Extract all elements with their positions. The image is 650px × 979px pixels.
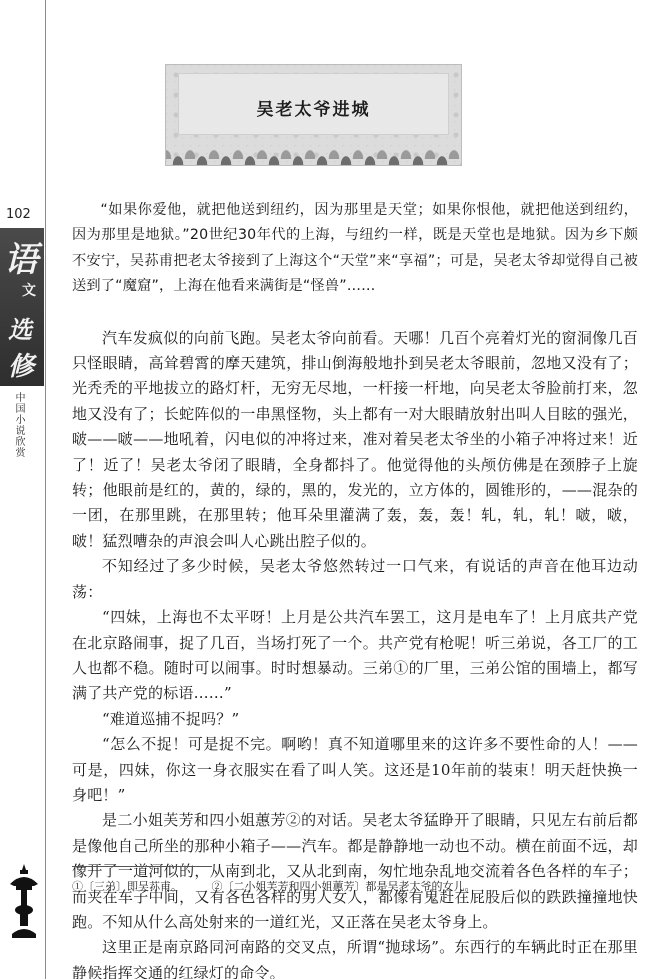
paragraph: “怎么不捉！可是捉不完。啊哟！真不知道哪里来的这许多不要性命的人！——可是，四妹… (72, 732, 638, 808)
side-tab-char: 文 (22, 280, 36, 300)
footnote: ①〔三弟〕即吴荪甫。 (72, 880, 182, 893)
footnotes: ①〔三弟〕即吴荪甫。 ②〔二小姐芙芳和四小姐蕙芳〕都是吴老太爷的女儿。 (72, 878, 502, 894)
side-tab-char: 修 (8, 346, 34, 383)
margin-rule (45, 0, 46, 979)
series-title: 中国小说欣赏 (12, 392, 26, 458)
body-text: “如果你爱他，就把他送到纽约，因为那里是天堂；如果你恨他，就把他送到纽约，因为那… (72, 198, 638, 979)
intro-paragraph: “如果你爱他，就把他送到纽约，因为那里是天堂；如果你恨他，就把他送到纽约，因为那… (72, 198, 638, 300)
footnote-divider (72, 866, 212, 867)
paragraph: 这里正是南京路同河南路的交叉点，所谓“抛球场”。东西行的车辆此时正在那里静候指挥… (72, 935, 638, 979)
side-tab-char: 语 (4, 232, 38, 281)
paragraph: 汽车发疯似的向前飞跑。吴老太爷向前看。天哪！几百个亮着灯光的窗洞像几百只怪眼睛，… (72, 326, 638, 555)
footnote: ②〔二小姐芙芳和四小姐蕙芳〕都是吴老太爷的女儿。 (212, 880, 476, 893)
lamp-icon (6, 862, 42, 942)
chapter-banner: 吴老太爷进城 (165, 64, 462, 166)
paragraph: “四妹，上海也不太平呀！上月是公共汽车罢工，这月是电车了！上月底共产党在北京路闹… (72, 605, 638, 707)
page-number: 102 (6, 207, 31, 222)
side-tab: 语 文 选 修 (0, 228, 44, 386)
paragraph: “难道巡捕不捉吗？” (72, 707, 638, 732)
chapter-title: 吴老太爷进城 (166, 95, 461, 120)
paragraph: 不知经过了多少时候，吴老太爷悠然转过一口气来，有说话的声音在他耳边动荡： (72, 554, 638, 605)
side-tab-char: 选 (8, 310, 32, 345)
paragraph: 是二小姐芙芳和四小姐蕙芳②的对话。吴老太爷猛睁开了眼睛，只见左右前后都是像他自己… (72, 808, 638, 935)
wave-ornament-icon (166, 137, 461, 165)
